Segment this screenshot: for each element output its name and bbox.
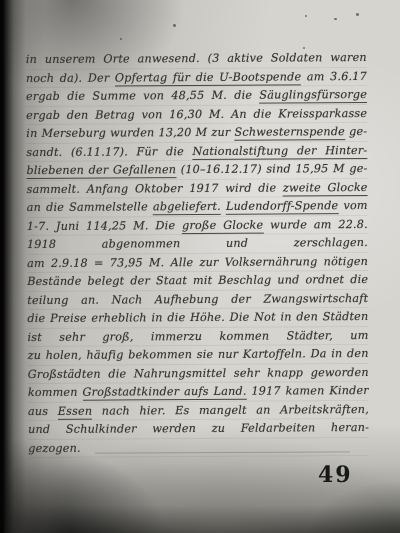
handwritten-text: ergab die Summe von 48,55 M. die xyxy=(26,89,259,103)
underlined-text: Essen xyxy=(58,404,93,419)
handwritten-text: am 3.6.17 xyxy=(301,69,367,82)
handwritten-text: und Schulkinder werden zu Feldarbeiten h… xyxy=(28,421,369,436)
handwritten-text: (10–16.12.17) sind 15,95 M ge- xyxy=(176,162,367,176)
underlined-text: große Glocke xyxy=(182,218,263,233)
handwritten-text: in unserem Orte anwesend. (3 aktive Sold… xyxy=(26,51,367,70)
handwritten-line: ergab den Betrag von 16,30 M. An die Kre… xyxy=(26,104,367,125)
handwritten-text: ist sehr groß, immerzu kommen Städter, u… xyxy=(27,328,368,347)
handwritten-text: aus xyxy=(28,404,58,417)
handwritten-line: 1918 abgenommen und zerschlagen. Kolonia… xyxy=(27,234,368,255)
paper-speck xyxy=(173,24,176,27)
handwritten-text: nach hier. Es mangelt an Arbeitskräften, xyxy=(92,402,369,417)
handwritten-text: 1918 abgenommen und zerschlagen. xyxy=(27,236,368,251)
page-number: 49 xyxy=(318,462,353,488)
underlined-text: Opfertag für die U-Bootspende xyxy=(115,70,302,86)
underlined-text: Ludendorff-Spende xyxy=(226,199,338,215)
handwritten-line: 1-7. Juni 114,25 M. Die große Glocke wur… xyxy=(27,215,368,236)
handwritten-text: Großstädten die Nahrungsmittel sehr knap… xyxy=(28,365,369,384)
handwritten-line: ist sehr groß, immerzu kommen Städter, u… xyxy=(27,326,368,347)
handwritten-text: ge- xyxy=(345,125,367,138)
handwritten-text: sandt. (6.11.17). Für die xyxy=(26,145,192,159)
handwritten-line: am 2.9.18 = 73,95 M. Alle zur Volksernäh… xyxy=(27,252,368,273)
underlined-text: Großstadtkinder aufs Land. xyxy=(82,385,246,401)
handwritten-line: aus Essen nach hier. Es mangelt an Arbei… xyxy=(28,400,369,421)
handwritten-line: zu holen, häufig bekommen sie nur Kartof… xyxy=(28,345,369,366)
handwritten-text: gezogen. xyxy=(28,441,81,454)
handwritten-line: kommen Großstadtkinder aufs Land. 1917 k… xyxy=(28,382,369,403)
handwritten-line: die Preise erheblich in die Höhe. Die No… xyxy=(27,308,368,329)
handwritten-line: sammelt. Anfang Oktober 1917 wird die zw… xyxy=(27,178,368,199)
handwritten-text: 1-7. Juni 114,25 M. Die xyxy=(27,219,182,233)
paper-speck xyxy=(334,18,337,20)
underlined-text: zweite Glocke xyxy=(283,180,368,196)
handwritten-text: vom xyxy=(338,199,367,212)
underlined-text: bliebenen der Gefallenen xyxy=(26,163,176,179)
handwritten-text: 1917 kamen Kinder xyxy=(247,384,369,398)
handwritten-line: ergab die Summe von 48,55 M. die Säuglin… xyxy=(26,86,367,107)
handwritten-line: gezogen. xyxy=(28,437,369,458)
handwritten-line: in Merseburg wurden 13,20 M zur Schweste… xyxy=(26,123,367,144)
handwritten-text: in Merseburg wurden 13,20 M zur xyxy=(26,126,234,140)
handwritten-text: zu holen, häufig bekommen sie nur Kartof… xyxy=(28,347,369,362)
underlined-text: abgeliefert. xyxy=(153,200,221,215)
handwritten-text: noch da). Der xyxy=(26,71,115,85)
underlined-text: Nationalstiftung der Hinter- xyxy=(192,143,367,159)
handwritten-line: noch da). Der Opfertag für die U-Bootspe… xyxy=(26,67,367,88)
handwritten-line: Großstädten die Nahrungsmittel sehr knap… xyxy=(28,363,369,384)
handwritten-text: Bestände belegt der Staat mit Beschlag u… xyxy=(27,273,368,292)
paper-speck xyxy=(356,13,359,16)
handwritten-text: teilung an. Nach Aufhebung der Zwangswir… xyxy=(27,291,368,310)
handwritten-text: an die Sammelstelle xyxy=(27,200,153,214)
handwritten-text: ergab den Betrag von 16,30 M. An die Kre… xyxy=(26,106,367,121)
handwritten-text: am 2.9.18 = 73,95 M. Alle zur Volksernäh… xyxy=(27,254,368,269)
handwritten-text: sammelt. Anfang Oktober 1917 wird die xyxy=(27,181,283,196)
paper-speck xyxy=(305,15,307,17)
paper-speck xyxy=(120,38,122,40)
handwritten-line: und Schulkinder werden zu Feldarbeiten h… xyxy=(28,419,369,440)
manuscript-page: in unserem Orte anwesend. (3 aktive Sold… xyxy=(0,0,400,533)
manuscript-text: in unserem Orte anwesend. (3 aktive Sold… xyxy=(26,49,369,458)
underlined-text: Säuglingsfürsorge xyxy=(259,88,367,104)
handwritten-line: an die Sammelstelle abgeliefert. Ludendo… xyxy=(27,197,368,218)
underlined-text: Schwesternspende xyxy=(234,125,345,141)
handwritten-text: kommen xyxy=(28,386,83,399)
handwritten-line: teilung an. Nach Aufhebung der Zwangswir… xyxy=(27,289,368,310)
handwritten-line: Bestände belegt der Staat mit Beschlag u… xyxy=(27,271,368,292)
handwritten-text: die Preise erheblich in die Höhe. Die No… xyxy=(27,310,368,325)
handwritten-text: wurde am 22.8. xyxy=(263,217,368,231)
handwritten-line: bliebenen der Gefallenen (10–16.12.17) s… xyxy=(26,160,367,181)
handwritten-line: sandt. (6.11.17). Für die Nationalstiftu… xyxy=(26,141,367,162)
handwritten-line: in unserem Orte anwesend. (3 aktive Sold… xyxy=(26,49,367,70)
